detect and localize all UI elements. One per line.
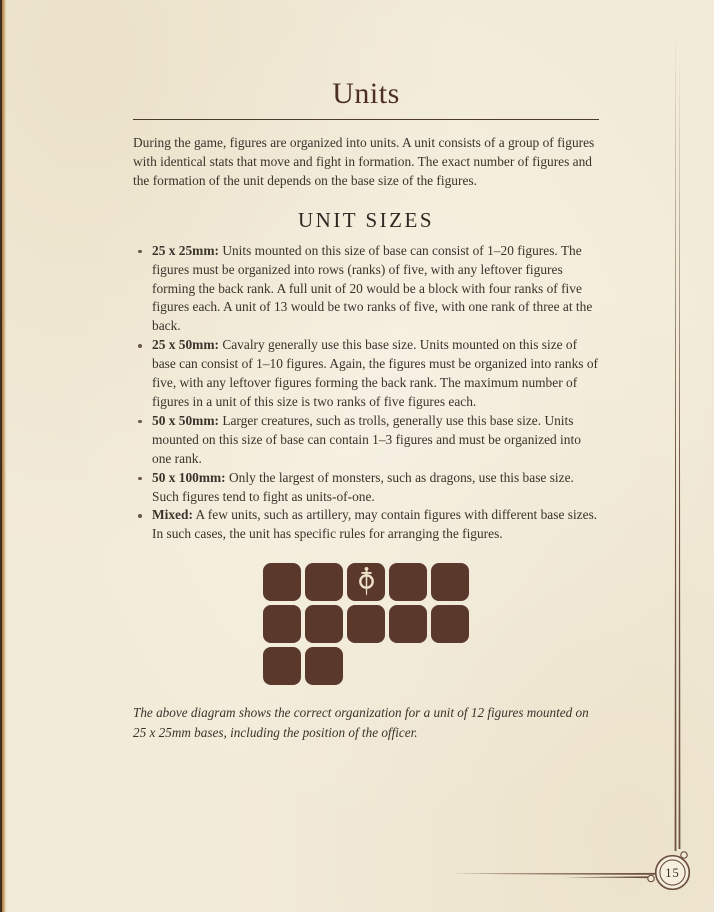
base-square	[263, 647, 301, 685]
diagram-row	[263, 563, 469, 601]
base-square	[305, 647, 343, 685]
base-square	[389, 563, 427, 601]
page-number-ring-outer	[656, 856, 690, 890]
unit-size-text: Units mounted on this size of base can c…	[152, 243, 592, 334]
border-horizontal-line-outer	[450, 873, 655, 875]
unit-size-item: Mixed: A few units, such as artillery, m…	[133, 506, 599, 544]
base-square	[347, 605, 385, 643]
border-vertical-line-inner	[679, 56, 681, 849]
unit-size-item: 50 x 50mm: Larger creatures, such as tro…	[133, 412, 599, 469]
base-square	[431, 563, 469, 601]
unit-diagram	[263, 563, 469, 685]
unit-size-item: 25 x 50mm: Cavalry generally use this ba…	[133, 336, 599, 412]
page-number-ring-inner	[660, 860, 685, 885]
title-rule	[133, 119, 599, 120]
page-spine-edge	[0, 0, 7, 912]
unit-size-text: A few units, such as artillery, may cont…	[152, 507, 597, 541]
unit-sizes-list: 25 x 25mm: Units mounted on this size of…	[133, 242, 599, 545]
diagram-row	[263, 647, 469, 685]
base-square	[431, 605, 469, 643]
officer-base-square	[347, 563, 385, 601]
base-square	[263, 563, 301, 601]
diagram-row	[263, 605, 469, 643]
unit-size-term: 25 x 25mm:	[152, 243, 219, 258]
border-horizontal-line-inner	[565, 876, 652, 878]
base-square	[305, 605, 343, 643]
diagram-caption: The above diagram shows the correct orga…	[133, 703, 599, 742]
unit-size-item: 50 x 100mm: Only the largest of monsters…	[133, 469, 599, 507]
border-bead-left	[648, 875, 654, 881]
border-vertical-line-outer	[675, 28, 677, 851]
unit-size-term: 50 x 100mm:	[152, 470, 226, 485]
section-heading: UNIT SIZES	[133, 207, 599, 233]
base-square	[263, 605, 301, 643]
base-square	[305, 563, 343, 601]
rulebook-page: Units During the game, figures are organ…	[0, 0, 714, 912]
page-content-column: Units During the game, figures are organ…	[133, 76, 599, 742]
intro-paragraph: During the game, figures are organized i…	[133, 134, 599, 191]
unit-size-term: 50 x 50mm:	[152, 413, 219, 428]
unit-size-text: Cavalry generally use this base size. Un…	[152, 337, 598, 409]
unit-size-term: 25 x 50mm:	[152, 337, 219, 352]
sword-icon	[357, 566, 376, 598]
page-title: Units	[133, 76, 599, 112]
base-square	[389, 605, 427, 643]
page-number: 15	[665, 866, 680, 880]
border-bead-top	[681, 852, 687, 858]
unit-size-item: 25 x 25mm: Units mounted on this size of…	[133, 242, 599, 337]
unit-size-term: Mixed:	[152, 507, 193, 522]
